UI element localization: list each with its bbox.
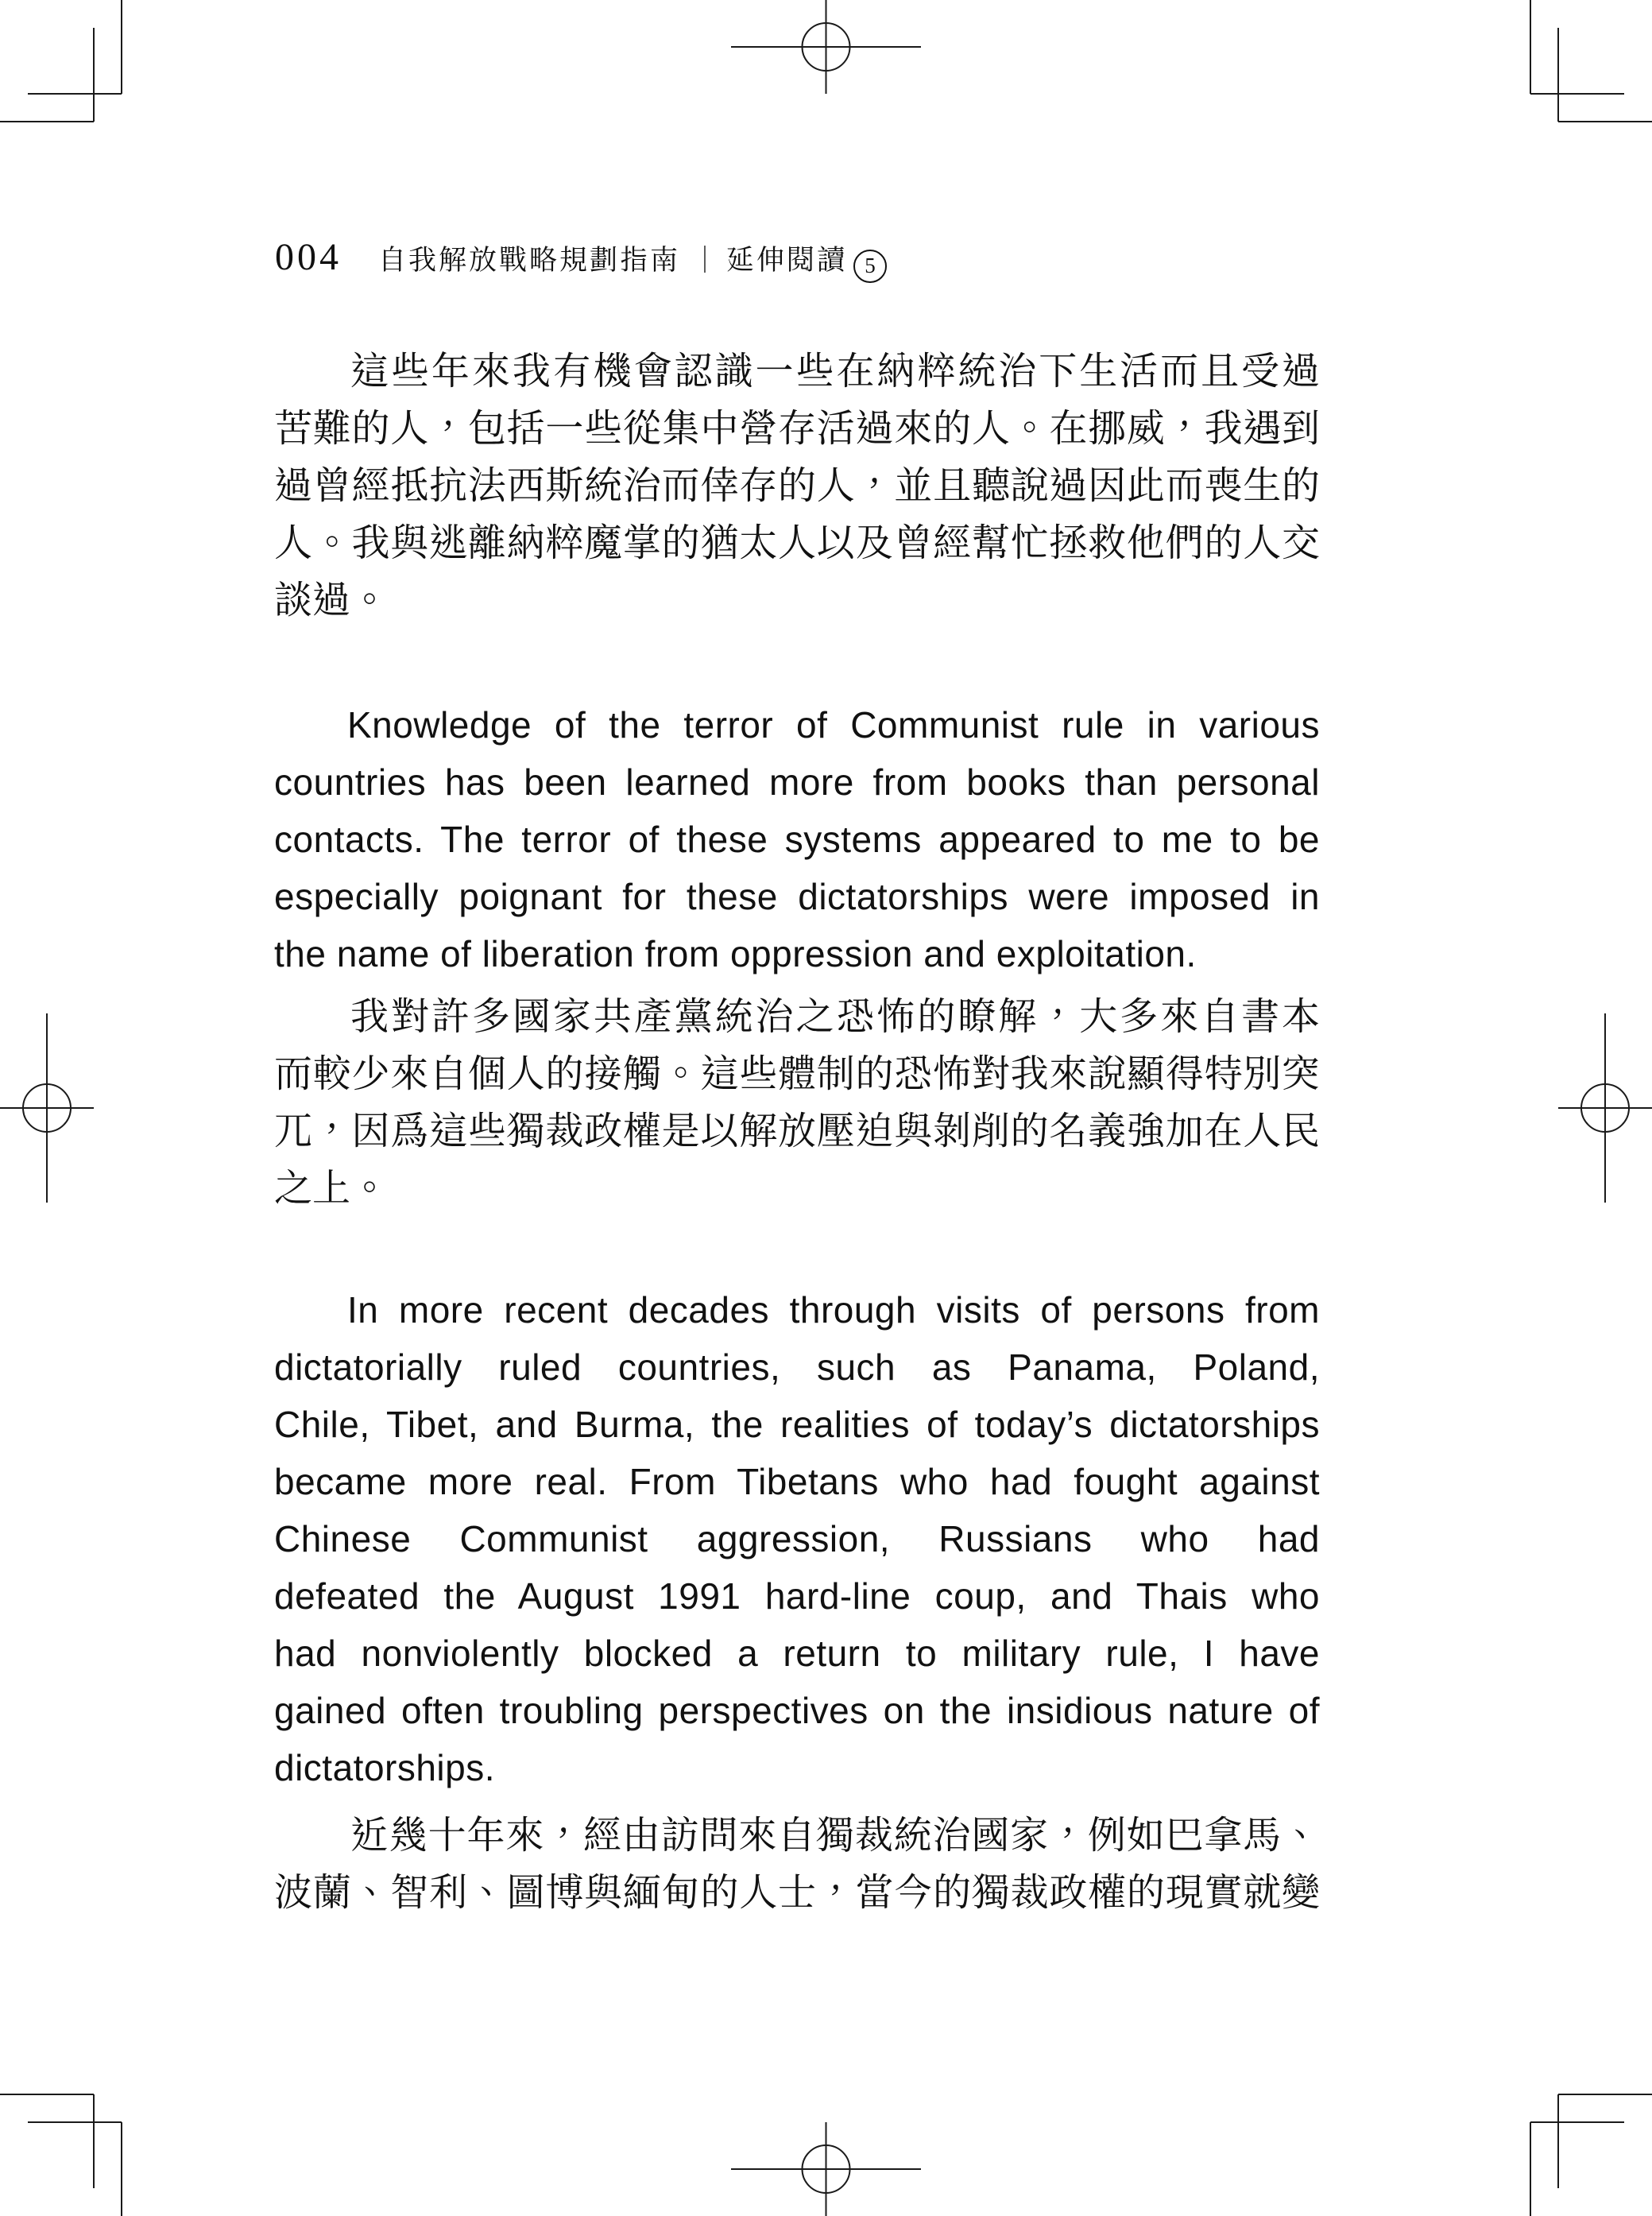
page-header: 004 自我解放戰略規劃指南 ｜ 延伸閱讀 5 <box>275 235 887 280</box>
registration-mark-right <box>1558 1013 1652 1203</box>
text-line: countries has been learned more from boo… <box>274 754 1320 811</box>
text-line: 這些年來我有機會認識一些在納粹統治下生活而且受過 <box>274 343 1320 401</box>
page-number: 004 <box>275 235 342 279</box>
paragraph-english-1: Knowledge of the terror of Communist rul… <box>274 696 1320 982</box>
header-separator: ｜ <box>691 238 718 277</box>
registration-mark-left <box>0 1013 94 1203</box>
section-title: 延伸閱讀 <box>726 238 847 278</box>
text-line: especially poignant for these dictatorsh… <box>274 868 1320 925</box>
registration-mark-bottom <box>731 2122 921 2216</box>
paragraph-chinese-2: 我對許多國家共產黨統治之恐怖的瞭解，大多來自書本而較少來自個人的接觸。這些體制的… <box>274 989 1320 1218</box>
text-line: dictatorships. <box>274 1739 1320 1796</box>
text-line: 兀，因爲這些獨裁政權是以解放壓迫與剝削的名義強加在人民 <box>274 1103 1320 1160</box>
section-number-badge: 5 <box>853 250 887 283</box>
crop-mark-bottom-left <box>0 2094 122 2216</box>
crop-mark-bottom-right <box>1530 2094 1652 2216</box>
text-line: defeated the August 1991 hard-line coup,… <box>274 1567 1320 1625</box>
crop-mark-top-right <box>1530 0 1652 122</box>
book-page: 004 自我解放戰略規劃指南 ｜ 延伸閱讀 5 這些年來我有機會認識一些在納粹統… <box>0 0 1652 2216</box>
text-line: 過曾經抵抗法西斯統治而倖存的人，並且聽說過因此而喪生的 <box>274 458 1320 515</box>
text-line: became more real. From Tibetans who had … <box>274 1453 1320 1510</box>
text-line: In more recent decades through visits of… <box>274 1281 1320 1339</box>
crop-mark-top-left <box>0 0 122 122</box>
text-line: 波蘭、智利、圖博與緬甸的人士，當今的獨裁政權的現實就變 <box>274 1865 1320 1922</box>
paragraph-chinese-3: 近幾十年來，經由訪問來自獨裁統治國家，例如巴拿馬、波蘭、智利、圖博與緬甸的人士，… <box>274 1807 1320 1922</box>
text-line: Chile, Tibet, and Burma, the realities o… <box>274 1396 1320 1453</box>
text-line: 近幾十年來，經由訪問來自獨裁統治國家，例如巴拿馬、 <box>274 1807 1320 1865</box>
text-line: had nonviolently blocked a return to mil… <box>274 1625 1320 1682</box>
text-line: 而較少來自個人的接觸。這些體制的恐怖對我來說顯得特別突 <box>274 1046 1320 1103</box>
text-line: 談過。 <box>274 572 1320 630</box>
text-line: gained often troubling perspectives on t… <box>274 1682 1320 1739</box>
text-line: the name of liberation from oppression a… <box>274 925 1320 982</box>
text-line: Knowledge of the terror of Communist rul… <box>274 696 1320 754</box>
text-line: Chinese Communist aggression, Russians w… <box>274 1510 1320 1567</box>
paragraph-english-2: In more recent decades through visits of… <box>274 1281 1320 1796</box>
book-title: 自我解放戰略規劃指南 <box>378 238 680 278</box>
text-line: 我對許多國家共產黨統治之恐怖的瞭解，大多來自書本 <box>274 989 1320 1046</box>
text-line: 苦難的人，包括一些從集中營存活過來的人。在挪威，我遇到 <box>274 401 1320 458</box>
text-line: contacts. The terror of these systems ap… <box>274 811 1320 868</box>
text-column: 這些年來我有機會認識一些在納粹統治下生活而且受過苦難的人，包括一些從集中營存活過… <box>274 343 1320 1922</box>
registration-mark-top <box>731 0 921 94</box>
text-line: 人。我與逃離納粹魔掌的猶太人以及曾經幫忙拯救他們的人交 <box>274 515 1320 572</box>
paragraph-chinese-1: 這些年來我有機會認識一些在納粹統治下生活而且受過苦難的人，包括一些從集中營存活過… <box>274 343 1320 630</box>
text-line: 之上。 <box>274 1160 1320 1218</box>
text-line: dictatorially ruled countries, such as P… <box>274 1339 1320 1396</box>
